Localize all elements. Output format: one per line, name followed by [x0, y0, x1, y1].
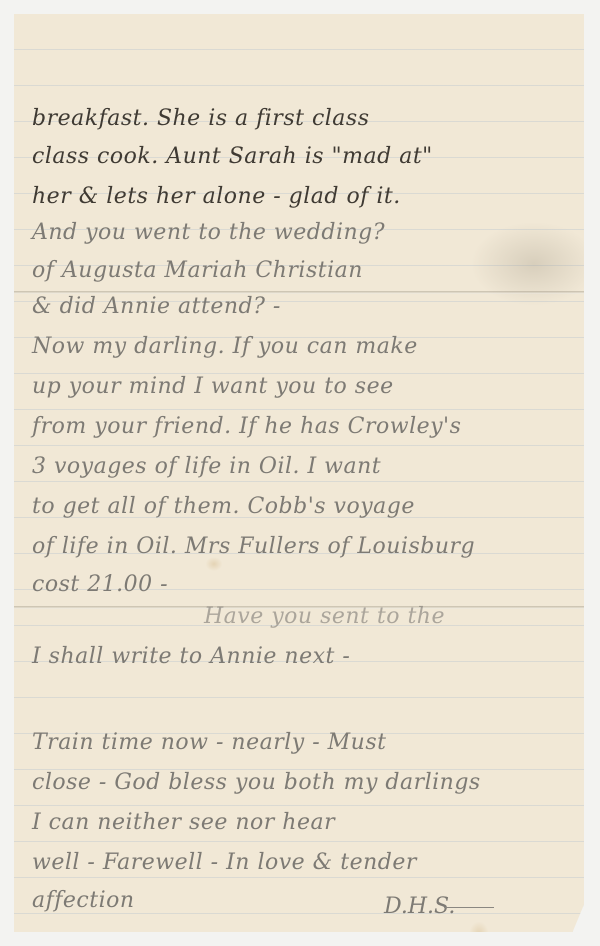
letter-line: of life in Oil. Mrs Fullers of Louisburg: [32, 534, 475, 559]
letter-line: of Augusta Mariah Christian: [32, 258, 363, 283]
letter-line: class cook. Aunt Sarah is "mad at": [32, 144, 433, 169]
letter-line: well - Farewell - In love & tender: [32, 850, 417, 875]
letter-line: breakfast. She is a first class: [32, 106, 370, 131]
letter-line: And you went to the wedding?: [32, 220, 385, 245]
signature-flourish: [444, 907, 494, 908]
letter-page: breakfast. She is a first class class co…: [14, 14, 584, 932]
letter-line: & did Annie attend? -: [32, 294, 281, 319]
letter-line: to get all of them. Cobb's voyage: [32, 494, 415, 519]
letter-line: cost 21.00 -: [32, 572, 168, 597]
letter-line: her & lets her alone - glad of it.: [32, 184, 401, 209]
letter-line: close - God bless you both my darlings: [32, 770, 481, 795]
letter-line: Now my darling. If you can make: [32, 334, 418, 359]
letter-line: I shall write to Annie next -: [32, 644, 350, 669]
letter-line: from your friend. If he has Crowley's: [32, 414, 461, 439]
letter-line: Train time now - nearly - Must: [32, 730, 386, 755]
letter-line: I can neither see nor hear: [32, 810, 335, 835]
letter-line: affection: [32, 888, 135, 913]
letter-line-faint: Have you sent to the: [204, 604, 445, 629]
letter-line: 3 voyages of life in Oil. I want: [32, 454, 381, 479]
letter-line: up your mind I want you to see: [32, 374, 394, 399]
